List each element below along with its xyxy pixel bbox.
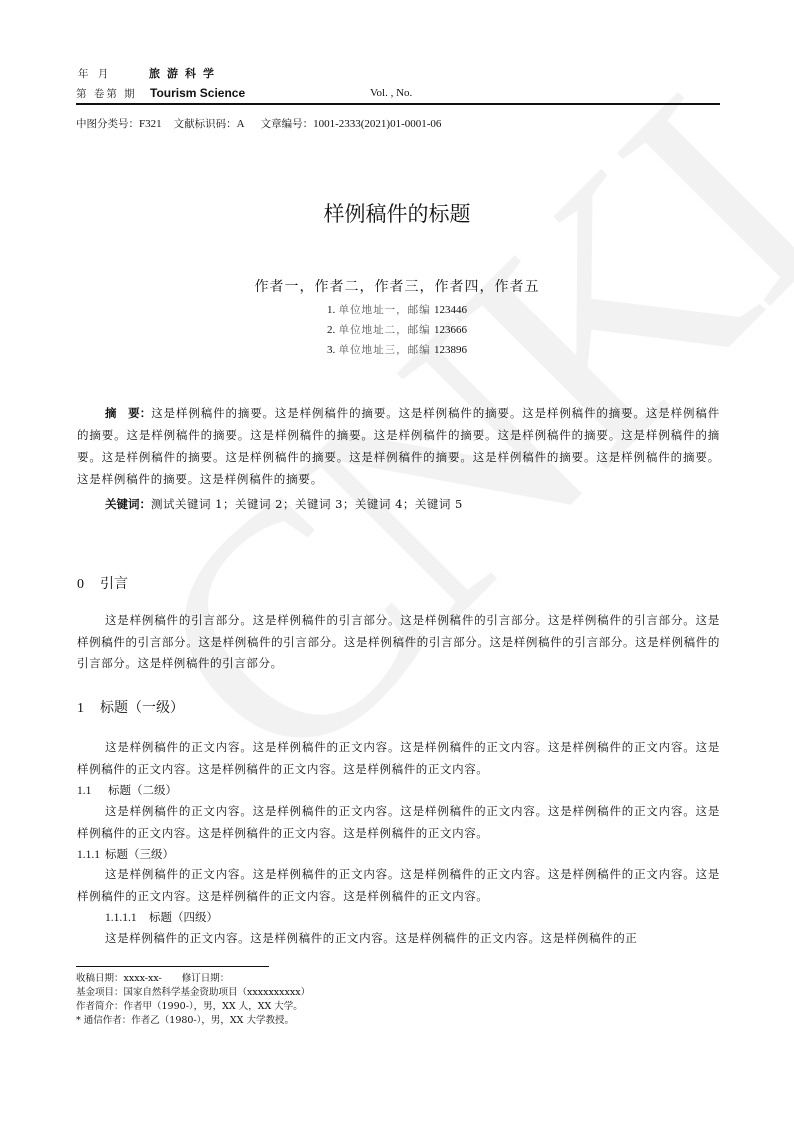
paper-page: CNKI 年 月旅游科学 第 卷第 期Tourism Science Vol. … [0, 0, 794, 1123]
section-heading-1-1: 1.1标题（二级） [77, 780, 177, 801]
received-value: xxxx-xx- [124, 973, 162, 984]
section-heading-intro: 0引言 [77, 574, 128, 595]
author-list: 作者一，作者二，作者三，作者四，作者五 [0, 278, 794, 296]
section-title: 引言 [100, 576, 128, 592]
section-number: 1.1 [77, 781, 108, 801]
fund-value: 国家自然科学基金资助项目（xxxxxxxxxx） [124, 987, 311, 998]
affiliation-2: 2. 单位地址二，邮编 123666 [0, 323, 794, 337]
header-issue: 第 卷第 期 [76, 87, 150, 102]
classification-line: 中图分类号：F321文献标识码：A文章编号：1001-2333(2021)01-… [76, 117, 441, 131]
revised-label: 修订日期： [182, 973, 230, 984]
section-1-paragraph: 这是样例稿件的正文内容。这是样例稿件的正文内容。这是样例稿件的正文内容。这是样例… [77, 737, 720, 780]
footnote-rule [76, 966, 269, 967]
section-number: 1.1.1.1 [105, 908, 149, 928]
section-number: 0 [77, 575, 100, 595]
affiliation-number: 3. [327, 344, 335, 356]
affiliation-3: 3. 单位地址三，邮编 123896 [0, 343, 794, 357]
section-1-1-1-paragraph: 这是样例稿件的正文内容。这是样例稿件的正文内容。这是样例稿件的正文内容。这是样例… [77, 864, 720, 907]
header-rule [76, 103, 720, 105]
footnote-corresponding: * 通信作者：作者乙（1980-），男，XX 大学教授。 [76, 1014, 294, 1027]
footnote-bio: 作者简介：作者甲（1990-），男，XX 人，XX 大学。 [76, 1000, 303, 1013]
keywords-text: 测试关键词 1；关键词 2；关键词 3；关键词 4；关键词 5 [151, 497, 463, 511]
header-date: 年 月 [78, 67, 149, 82]
journal-title-cn: 旅游科学 [149, 66, 221, 81]
section-title: 标题（二级） [108, 783, 177, 797]
bio-label: 作者简介： [76, 1001, 124, 1012]
affiliation-zip: 123896 [434, 344, 467, 356]
abstract: 摘 要：这是样例稿件的摘要。这是样例稿件的摘要。这是样例稿件的摘要。这是样例稿件… [77, 402, 720, 490]
clc-value: F321 [139, 118, 162, 130]
footnote-dates: 收稿日期：xxxx-xx-修订日期： [76, 972, 229, 985]
received-label: 收稿日期： [76, 973, 124, 984]
section-1-1-1-1-paragraph: 这是样例稿件的正文内容。这是样例稿件的正文内容。这是样例稿件的正文内容。这是样例… [77, 928, 720, 950]
clc-label: 中图分类号： [76, 118, 139, 130]
intro-paragraph: 这是样例稿件的引言部分。这是样例稿件的引言部分。这是样例稿件的引言部分。这是样例… [77, 610, 720, 675]
affiliation-1: 1. 单位地址一，邮编 123446 [0, 303, 794, 317]
section-heading-1: 1标题（一级） [77, 698, 184, 719]
abstract-label: 摘 要： [105, 406, 151, 420]
doc-code-label: 文献标识码： [174, 118, 237, 130]
bio-value: 作者甲（1990-），男，XX 人，XX 大学。 [124, 1001, 303, 1012]
section-title: 标题（三级） [105, 847, 174, 861]
article-no-label: 文章编号： [261, 118, 314, 130]
affiliation-zip: 123666 [434, 324, 467, 336]
header-volume: Vol. , No. [370, 86, 412, 101]
keywords: 关键词：测试关键词 1；关键词 2；关键词 3；关键词 4；关键词 5 [105, 493, 463, 515]
abstract-text: 这是样例稿件的摘要。这是样例稿件的摘要。这是样例稿件的摘要。这是样例稿件的摘要。… [77, 406, 720, 486]
section-number: 1.1.1 [77, 845, 105, 865]
affiliation-text: 单位地址三，邮编 [339, 344, 431, 356]
section-heading-1-1-1: 1.1.1标题（三级） [77, 844, 174, 865]
section-number: 1 [77, 699, 100, 719]
affiliation-text: 单位地址二，邮编 [339, 324, 431, 336]
section-heading-1-1-1-1: 1.1.1.1标题（四级） [105, 907, 218, 928]
keywords-label: 关键词： [105, 497, 151, 511]
footnote-fund: 基金项目：国家自然科学基金资助项目（xxxxxxxxxx） [76, 986, 310, 999]
affiliation-text: 单位地址一，邮编 [339, 304, 431, 316]
header-row-2: 第 卷第 期Tourism Science [76, 86, 245, 101]
section-title: 标题（一级） [100, 700, 184, 716]
article-no-value: 1001-2333(2021)01-0001-06 [313, 118, 441, 130]
paper-title: 样例稿件的标题 [0, 200, 794, 228]
fund-label: 基金项目： [76, 987, 124, 998]
affiliation-zip: 123446 [434, 304, 467, 316]
affiliation-number: 1. [327, 304, 335, 316]
affiliation-number: 2. [327, 324, 335, 336]
corresponding-author: * 通信作者：作者乙（1980-），男，XX 大学教授。 [76, 1015, 294, 1026]
journal-title-en: Tourism Science [150, 86, 245, 101]
doc-code-value: A [237, 118, 245, 130]
section-title: 标题（四级） [149, 910, 218, 924]
section-1-1-paragraph: 这是样例稿件的正文内容。这是样例稿件的正文内容。这是样例稿件的正文内容。这是样例… [77, 801, 720, 844]
header-row-1: 年 月旅游科学 [78, 66, 221, 81]
